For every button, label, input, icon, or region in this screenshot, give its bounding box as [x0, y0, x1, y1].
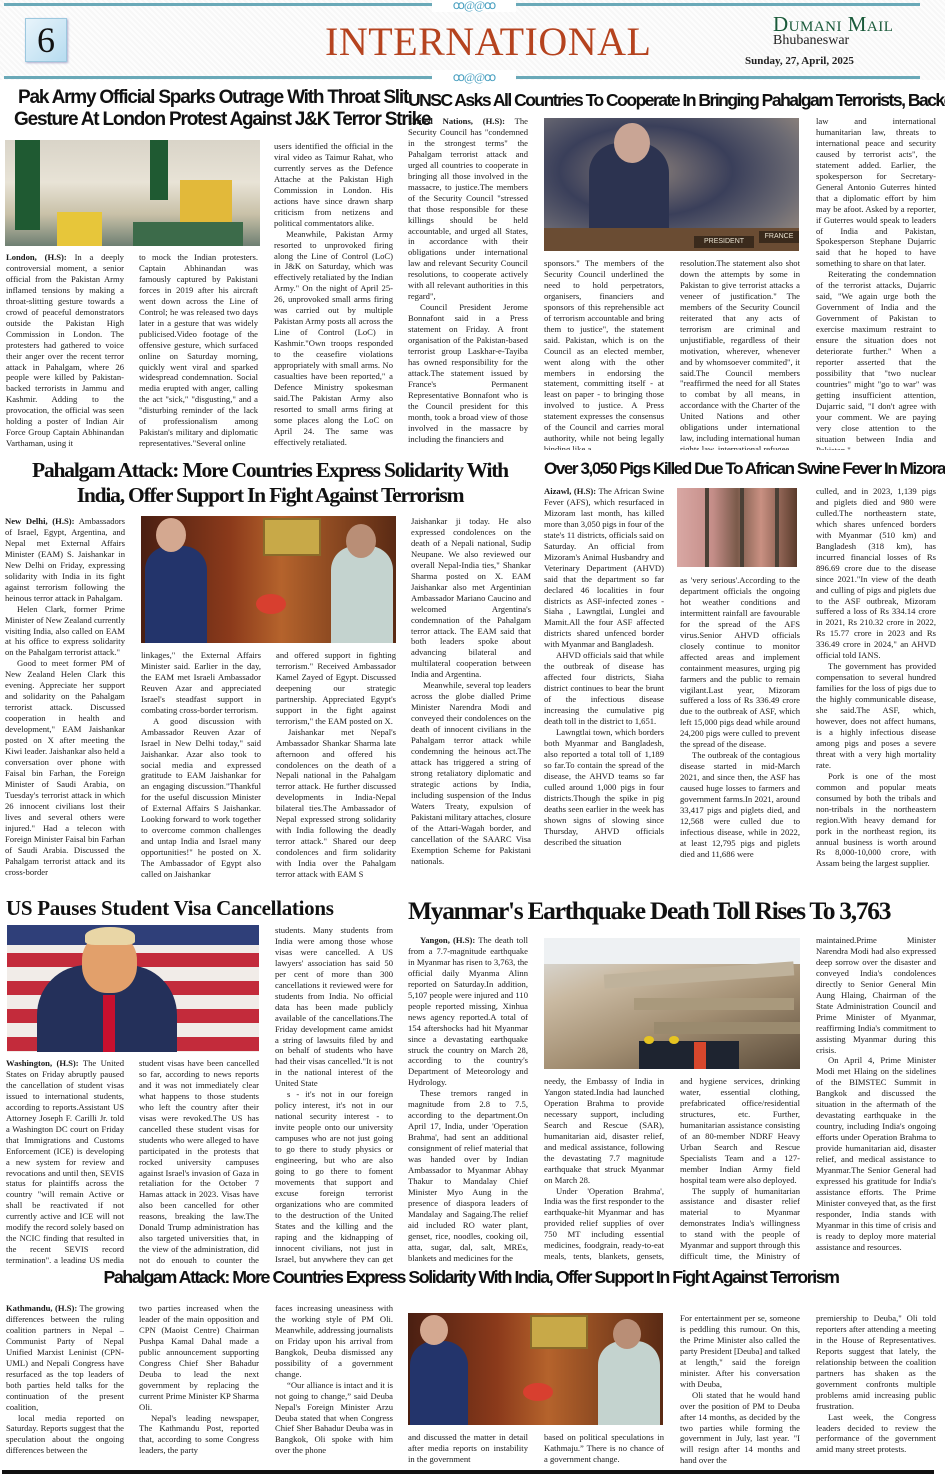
headline: Myanmar's Earthquake Death Toll Rises To…	[408, 896, 938, 926]
headline-line: Gesture At London Protest Against J&K Te…	[14, 109, 389, 131]
article-body-column: premiership to Deuba," Oli told reporter…	[816, 1313, 936, 1468]
headline-line: India, Offer Support In Fight Against Te…	[5, 483, 535, 508]
article-body-column: Yangon, (H.S): The death toll from a 7.7…	[408, 935, 528, 1263]
ornament-top-icon: ꝏ@@ꝏ	[432, 0, 516, 12]
nameplate: FRANCE	[759, 231, 799, 243]
article-body-column: United Nations, (H.S): The Security Coun…	[408, 116, 528, 450]
article-body-column: based on political speculations in Kathm…	[544, 1432, 664, 1468]
article-body-column: London, (H.S): In a deeply controversial…	[6, 252, 124, 450]
article-body-column: to mock the Indian protesters. Captain A…	[139, 252, 258, 450]
article-body-column: two parties increased when the leader of…	[139, 1303, 259, 1468]
article-body-column: student visas have been cancelled so far…	[139, 1058, 259, 1263]
article-body-column: Washington, (H.S): The United States on …	[6, 1058, 124, 1263]
edition-date: Sunday, 27, April, 2025	[745, 55, 854, 67]
article-body-column: and offered support in fighting terroris…	[276, 650, 396, 893]
page-bottom-rule	[2, 1470, 934, 1474]
headline: UNSC Asks All Countries To Cooperate In …	[408, 90, 933, 111]
article-photo	[544, 938, 800, 1069]
article-body-column: Kathmandu, (H.S): The growing difference…	[6, 1303, 124, 1468]
article-body-column: resolution.The statement also shot down …	[680, 258, 800, 450]
dateline: Aizawl, (H.S):	[544, 486, 596, 496]
dateline: Washington, (H.S):	[6, 1058, 79, 1068]
headline: US Pauses Student Visa Cancellations	[6, 896, 391, 921]
article-photo	[7, 925, 259, 1052]
article-photo	[408, 1313, 663, 1425]
article-body-column: and hygiene services, drinking water, es…	[680, 1076, 800, 1263]
article-photo: PRESIDENT FRANCE	[544, 118, 799, 251]
article-body-column: maintained.Prime Minister Narendra Modi …	[816, 935, 936, 1263]
section-title: INTERNATIONAL	[325, 18, 651, 65]
article-body-column: users identified the official in the vir…	[274, 141, 393, 450]
article-body-column: culled, and in 2023, 1,139 pigs and pigl…	[816, 486, 936, 893]
headline: Pahalgam Attack: More Countries Express …	[6, 1267, 936, 1288]
article-body-column: needy, the Embassy of India in Yangon st…	[544, 1076, 664, 1263]
article-body-column: students. Many students from India were …	[275, 925, 393, 1263]
headline: Over 3,050 Pigs Killed Due To African Sw…	[544, 459, 934, 479]
dateline: London, (H.S):	[6, 252, 67, 262]
dateline: Yangon, (H.S):	[420, 935, 475, 945]
article-body-column: New Delhi, (H.S): Ambassadors of Israel,…	[5, 516, 125, 893]
edition-city: Bhubaneswar	[773, 33, 849, 49]
article-photo	[677, 488, 797, 567]
article-photo	[5, 140, 260, 246]
article-photo	[141, 516, 396, 643]
article-body-column: linkages," the External Affairs Minister…	[141, 650, 261, 893]
dateline: United Nations, (H.S):	[408, 116, 505, 126]
dateline: New Delhi, (H.S):	[5, 516, 74, 526]
article-body-column: and discussed the matter in detail after…	[408, 1432, 528, 1468]
article-body-column: law and international humanitarian law, …	[816, 116, 936, 450]
article-body-column: faces increasing uneasiness with the wor…	[275, 1303, 393, 1468]
headline-line: Pahalgam Attack: More Countries Express …	[5, 458, 535, 483]
dateline: Kathmandu, (H.S):	[6, 1303, 77, 1313]
article-body-column: as 'very serious'.According to the depar…	[680, 575, 800, 893]
article-body-column: Aizawl, (H.S): The African Swine Fever (…	[544, 486, 664, 893]
page-number: 6	[25, 18, 67, 62]
article-body-column: For entertainment per se, someone is ped…	[680, 1313, 800, 1468]
headline-line: Pak Army Official Sparks Outrage With Th…	[18, 87, 388, 109]
article-body-column: sponsors." The members of the Security C…	[544, 258, 664, 450]
masthead: ꝏ@@ꝏ 6 INTERNATIONAL Dumani Mail Bhubane…	[0, 0, 945, 80]
ornament-bottom-icon: ꝏ@@ꝏ	[432, 70, 516, 84]
article-body-column: Jaishankar ji today. He also expressed c…	[411, 516, 531, 893]
nameplate: PRESIDENT	[694, 236, 754, 248]
